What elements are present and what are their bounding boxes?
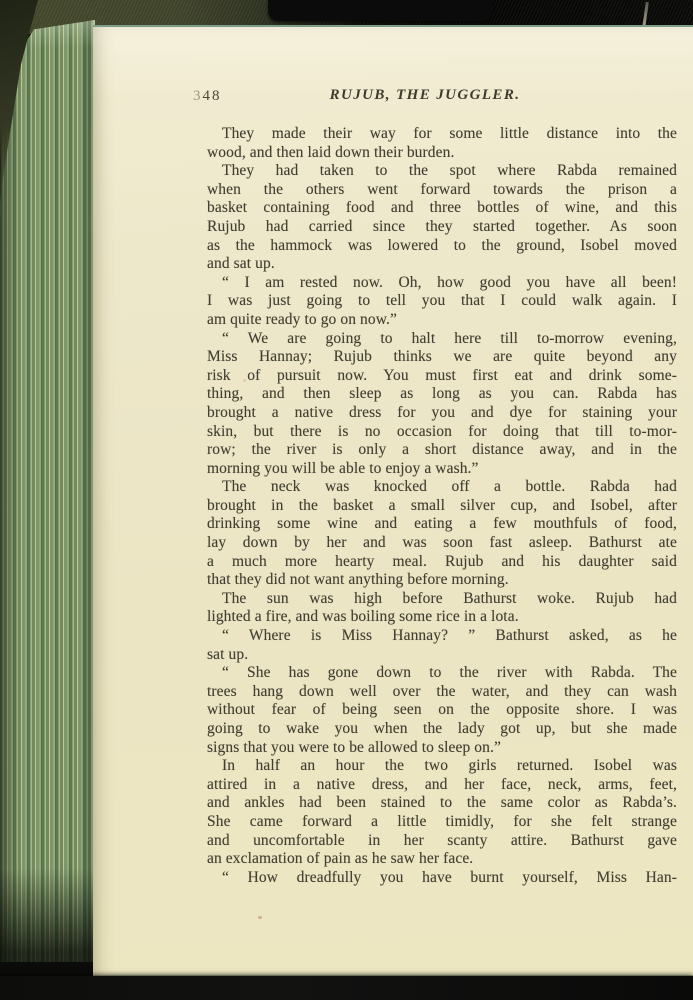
text-line: and sat up.	[207, 255, 677, 274]
fore-edge-page-stack	[0, 20, 95, 962]
text-line: when the others went forward towards the…	[207, 181, 677, 200]
text-line: Rujub had carried since they started tog…	[207, 218, 677, 237]
text-line: brought in the basket a small silver cup…	[207, 497, 677, 516]
table-surface	[0, 976, 693, 1000]
text-line: The neck was knocked off a bottle. Rabda…	[207, 478, 677, 497]
text-line: drinking some wine and eating a few mout…	[207, 515, 677, 534]
text-line: basket containing food and three bottles…	[207, 199, 677, 218]
text-line: a much more hearty meal. Rujub and his d…	[207, 553, 677, 572]
text-line: lay down by her and was soon fast asleep…	[207, 534, 677, 553]
text-line: Miss Hannay; Rujub thinks we are quite b…	[207, 348, 677, 367]
text-line: She came forward a little timidly, for s…	[207, 813, 677, 832]
text-line: “ I am rested now. Oh, how good you have…	[207, 274, 677, 293]
page-text: They made their way for some little dist…	[207, 125, 677, 887]
text-line: that they did not want anything before m…	[207, 571, 677, 590]
text-line: “ How dreadfully you have burnt yourself…	[207, 869, 677, 888]
text-line: as the hammock was lowered to the ground…	[207, 237, 677, 256]
text-line: without fear of being seen on the opposi…	[207, 701, 677, 720]
text-line: risk of pursuit now. You must first eat …	[207, 367, 677, 386]
text-line: “ We are going to halt here till to-morr…	[207, 330, 677, 349]
text-line: trees hang down well over the water, and…	[207, 683, 677, 702]
text-line: am quite ready to go on now.”	[207, 311, 677, 330]
text-line: sat up.	[207, 646, 677, 665]
text-line: I was just going to tell you that I coul…	[207, 292, 677, 311]
text-line: “ She has gone down to the river with Ra…	[207, 664, 677, 683]
book-photo: 348 RUJUB, THE JUGGLER. They made their …	[0, 0, 693, 1000]
text-line: an exclamation of pain as he saw her fac…	[207, 850, 677, 869]
text-line: wood, and then laid down their burden.	[207, 144, 677, 163]
text-line: signs that you were to be allowed to sle…	[207, 739, 677, 758]
text-line: They had taken to the spot where Rabda r…	[207, 162, 677, 181]
text-line: brought a native dress for you and dye f…	[207, 404, 677, 423]
paper-speck	[258, 916, 262, 919]
text-line: row; the river is only a short distance …	[207, 441, 677, 460]
text-line: They made their way for some little dist…	[207, 125, 677, 144]
text-line: and ankles had been stained to the same …	[207, 794, 677, 813]
text-line: “ Where is Miss Hannay? ” Bathurst asked…	[207, 627, 677, 646]
text-line: going to wake you when the lady got up, …	[207, 720, 677, 739]
paper-speck	[243, 379, 246, 382]
text-line: lighted a fire, and was boiling some ric…	[207, 608, 677, 627]
text-line: skin, but there is no occasion for doing…	[207, 423, 677, 442]
text-line: and uncomfortable in her scanty attire. …	[207, 832, 677, 851]
running-title: RUJUB, THE JUGGLER.	[190, 87, 660, 104]
text-line: thing, and then sleep as long as you can…	[207, 385, 677, 404]
text-line: The sun was high before Bathurst woke. R…	[207, 590, 677, 609]
text-line: attired in a native dress, and her face,…	[207, 776, 677, 795]
text-line: In half an hour the two girls returned. …	[207, 757, 677, 776]
text-line: morning you will be able to enjoy a wash…	[207, 460, 677, 479]
book-page: 348 RUJUB, THE JUGGLER. They made their …	[93, 25, 693, 978]
